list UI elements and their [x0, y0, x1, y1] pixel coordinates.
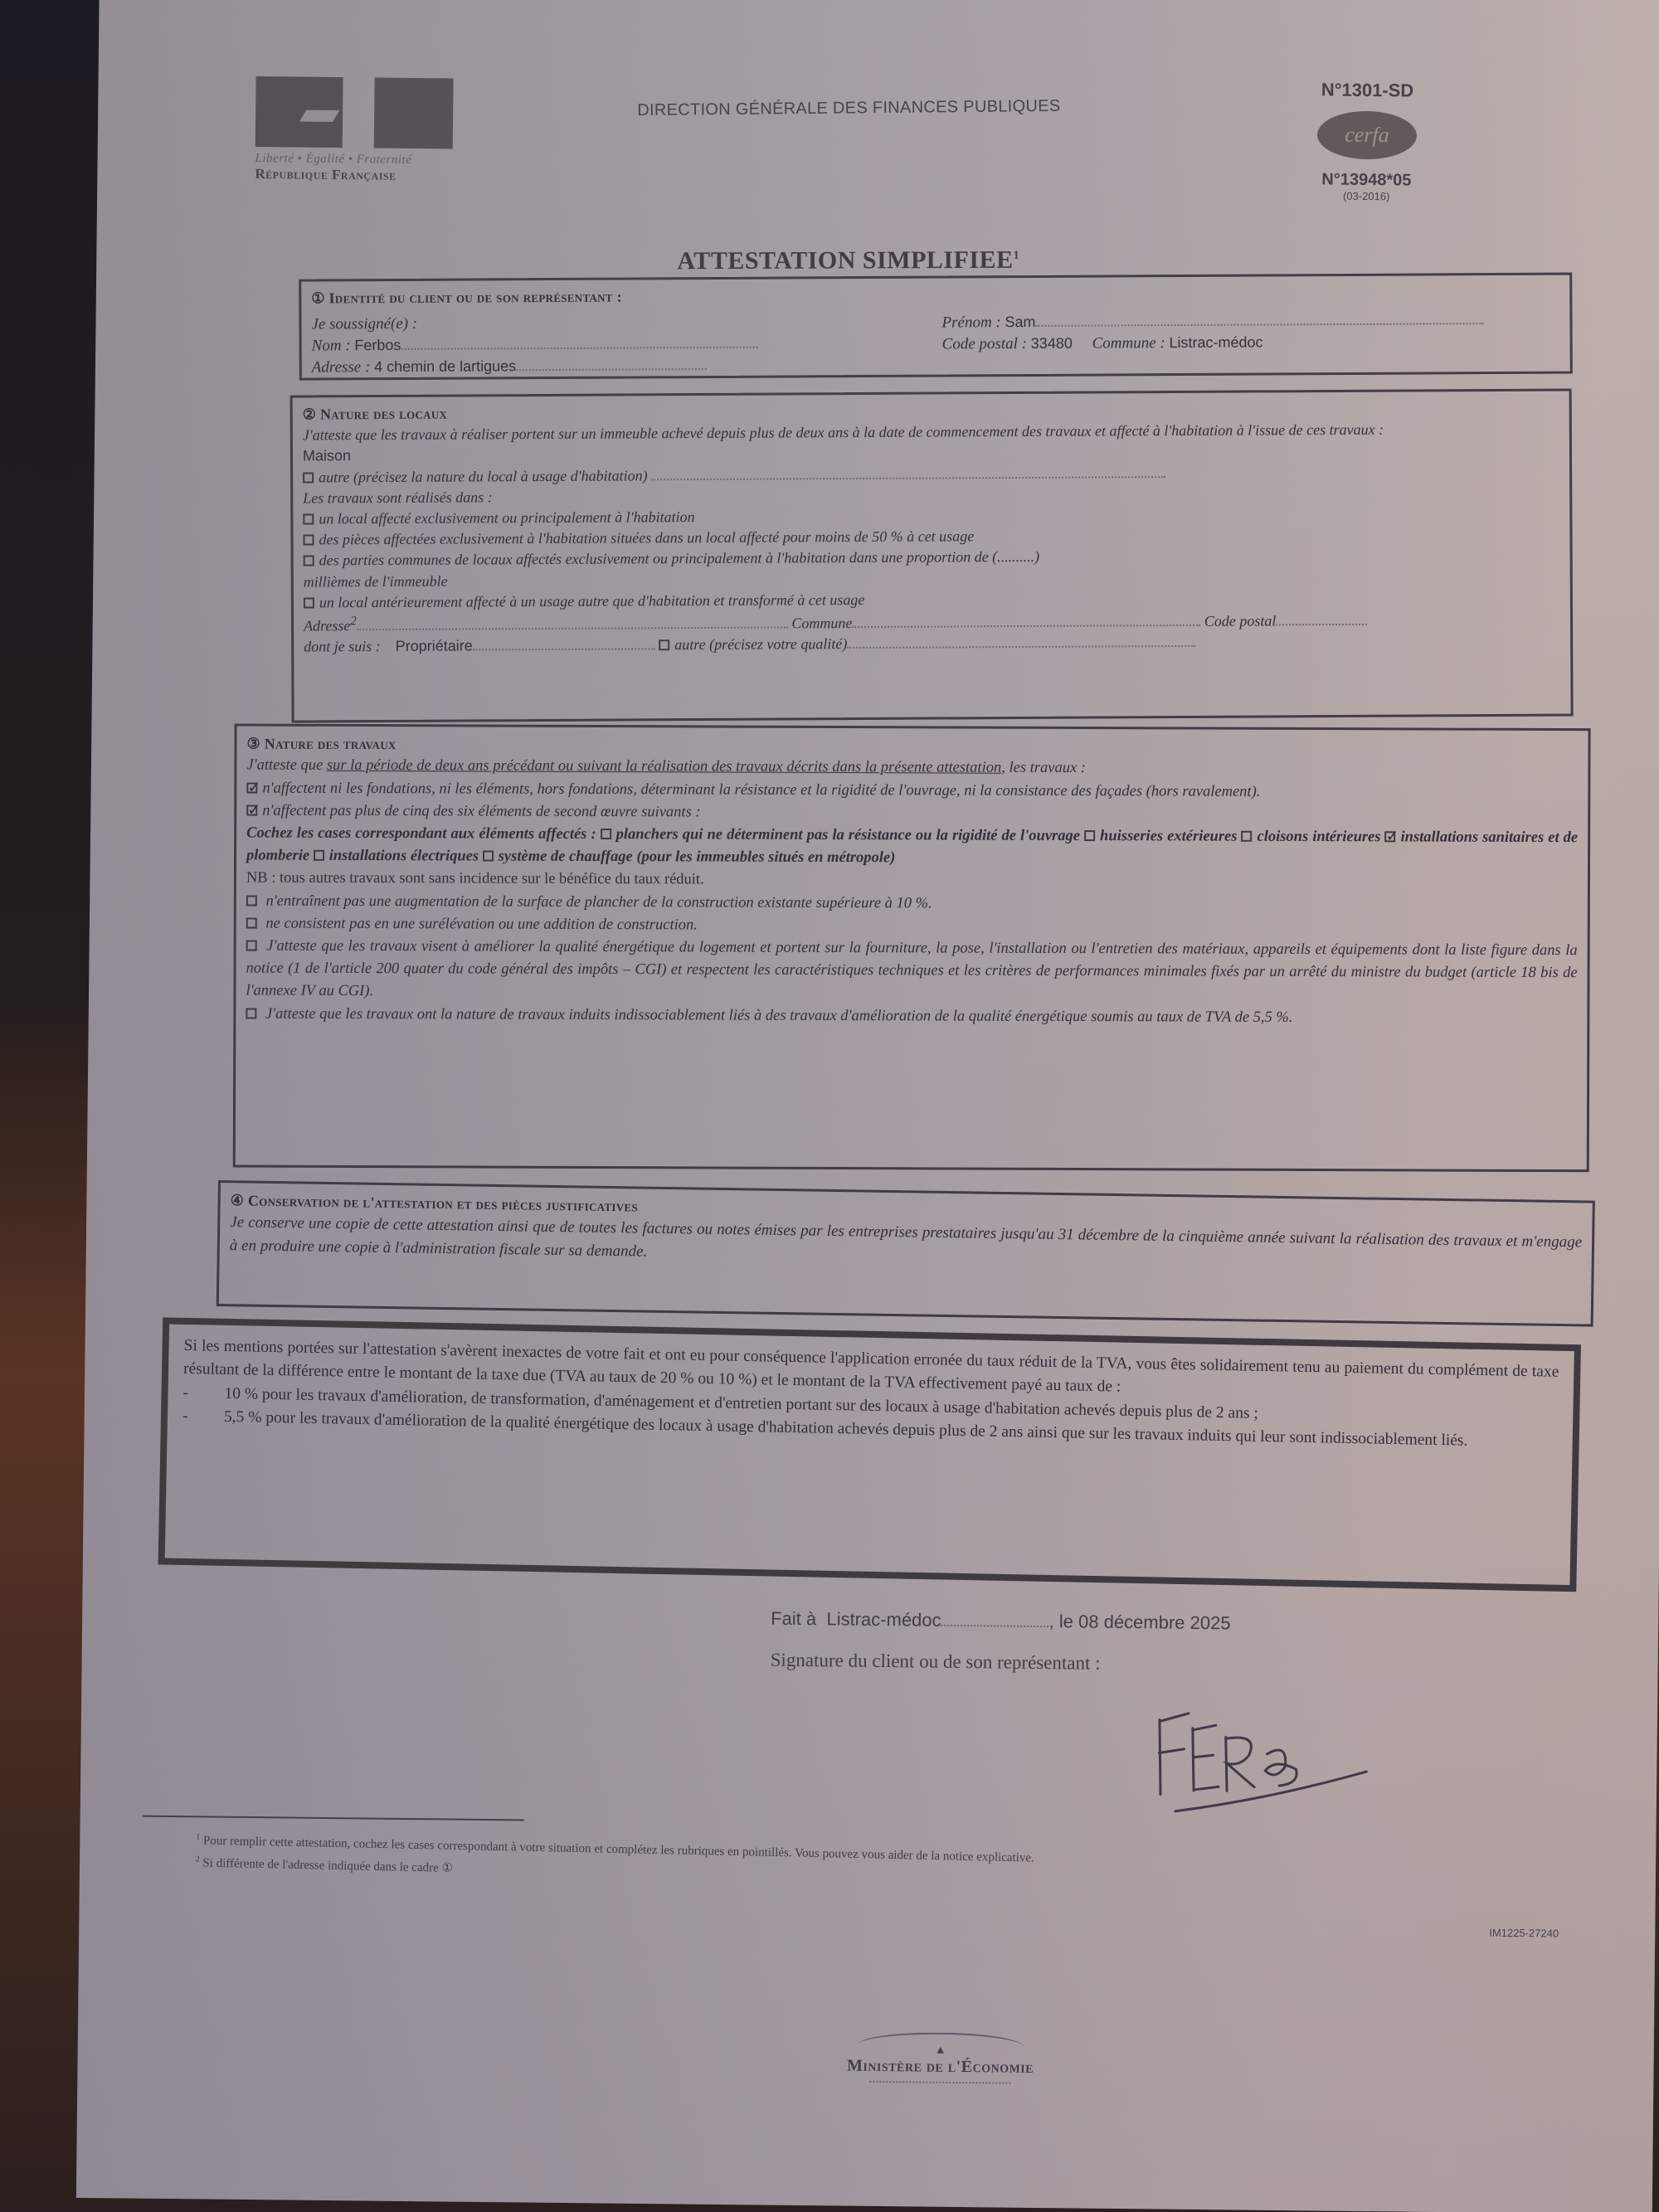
travaux-induits-checkbox[interactable]	[246, 1008, 256, 1018]
commune-field[interactable]: Listrac-médoc	[1169, 334, 1262, 352]
autre-local-checkbox[interactable]	[303, 472, 314, 483]
cerfa-block: N°1301-SD cerfa N°13948*05 (03-2016)	[1292, 79, 1443, 203]
footnote-divider	[143, 1816, 524, 1821]
ministry-name: Ministère de l'Économie	[799, 2056, 1081, 2078]
date-field[interactable]: 08 décembre 2025	[1078, 1611, 1231, 1633]
adresse-field[interactable]: 4 chemin de lartigues	[374, 357, 516, 375]
fondations-checkbox[interactable]	[246, 782, 257, 793]
adresse-locaux-field[interactable]	[357, 626, 788, 630]
autre-qualite-checkbox[interactable]	[659, 639, 669, 650]
marianne-icon	[255, 76, 460, 149]
reference-code: IM1225-27240	[1489, 1927, 1559, 1940]
code-postal-field[interactable]: 33480	[1031, 335, 1073, 352]
surelevation-checkbox[interactable]	[246, 917, 257, 928]
signature-label: Signature du client ou de son représenta…	[771, 1650, 1101, 1675]
planchers-checkbox[interactable]	[601, 829, 611, 839]
cerfa-registration: N°13948*05	[1292, 170, 1441, 191]
prenom-field[interactable]: Sam	[1005, 314, 1035, 330]
republic-label: République Française	[255, 166, 458, 185]
handwritten-signature[interactable]	[1142, 1703, 1392, 1821]
fait-a-line: Fait à Listrac-médoc, le 08 décembre 202…	[771, 1608, 1231, 1635]
form-number: N°1301-SD	[1292, 79, 1442, 102]
cloisons-checkbox[interactable]	[1241, 831, 1252, 842]
warning-box: Si les mentions portées sur l'attestatio…	[158, 1317, 1581, 1592]
section-conservation: ④ Conservation de l'attestation et des p…	[216, 1180, 1595, 1327]
section-identity-heading: ① Identité du client ou de son représent…	[311, 282, 1559, 309]
dgfip-heading: DIRECTION GÉNÉRALE DES FINANCES PUBLIQUE…	[637, 97, 1060, 120]
surface-checkbox[interactable]	[246, 895, 257, 906]
page-title: ATTESTATION SIMPLIFIEE1	[677, 246, 1019, 275]
section-nature-travaux: ③ Nature des travaux J'atteste que sur l…	[233, 723, 1591, 1172]
qualite-field[interactable]: Propriétaire	[396, 638, 473, 654]
electriques-checkbox[interactable]	[314, 850, 324, 861]
option-checkbox[interactable]	[303, 513, 314, 524]
code-postal-locaux-field[interactable]	[1276, 624, 1367, 626]
chauffage-checkbox[interactable]	[483, 851, 494, 862]
cerfa-logo-icon: cerfa	[1317, 110, 1418, 159]
option-checkbox[interactable]	[304, 556, 314, 566]
cerfa-edition: (03-2016)	[1292, 189, 1441, 203]
option-checkbox[interactable]	[303, 535, 314, 546]
second-oeuvre-checkbox[interactable]	[246, 805, 257, 815]
document-page: Liberté • Égalité • Fraternité Républiqu…	[76, 0, 1659, 2212]
commune-locaux-field[interactable]	[852, 625, 1200, 628]
fait-a-field[interactable]: Listrac-médoc	[826, 1608, 941, 1630]
section-identity: ① Identité du client ou de son représent…	[299, 273, 1573, 381]
huisseries-checkbox[interactable]	[1084, 830, 1095, 841]
footnotes: 1 Pour remplir cette attestation, cochez…	[195, 1830, 1034, 1891]
section-nature-locaux: ② Nature des locaux J'atteste que les tr…	[290, 389, 1574, 723]
option-checkbox[interactable]	[304, 597, 314, 608]
nom-field[interactable]: Ferbos	[354, 337, 401, 353]
sanitaires-checkbox[interactable]	[1385, 831, 1396, 842]
ministere-logo: ▲ Ministère de l'Économie	[799, 2031, 1082, 2087]
republique-francaise-logo: Liberté • Égalité • Fraternité Républiqu…	[255, 76, 459, 185]
energie-checkbox[interactable]	[246, 940, 257, 950]
